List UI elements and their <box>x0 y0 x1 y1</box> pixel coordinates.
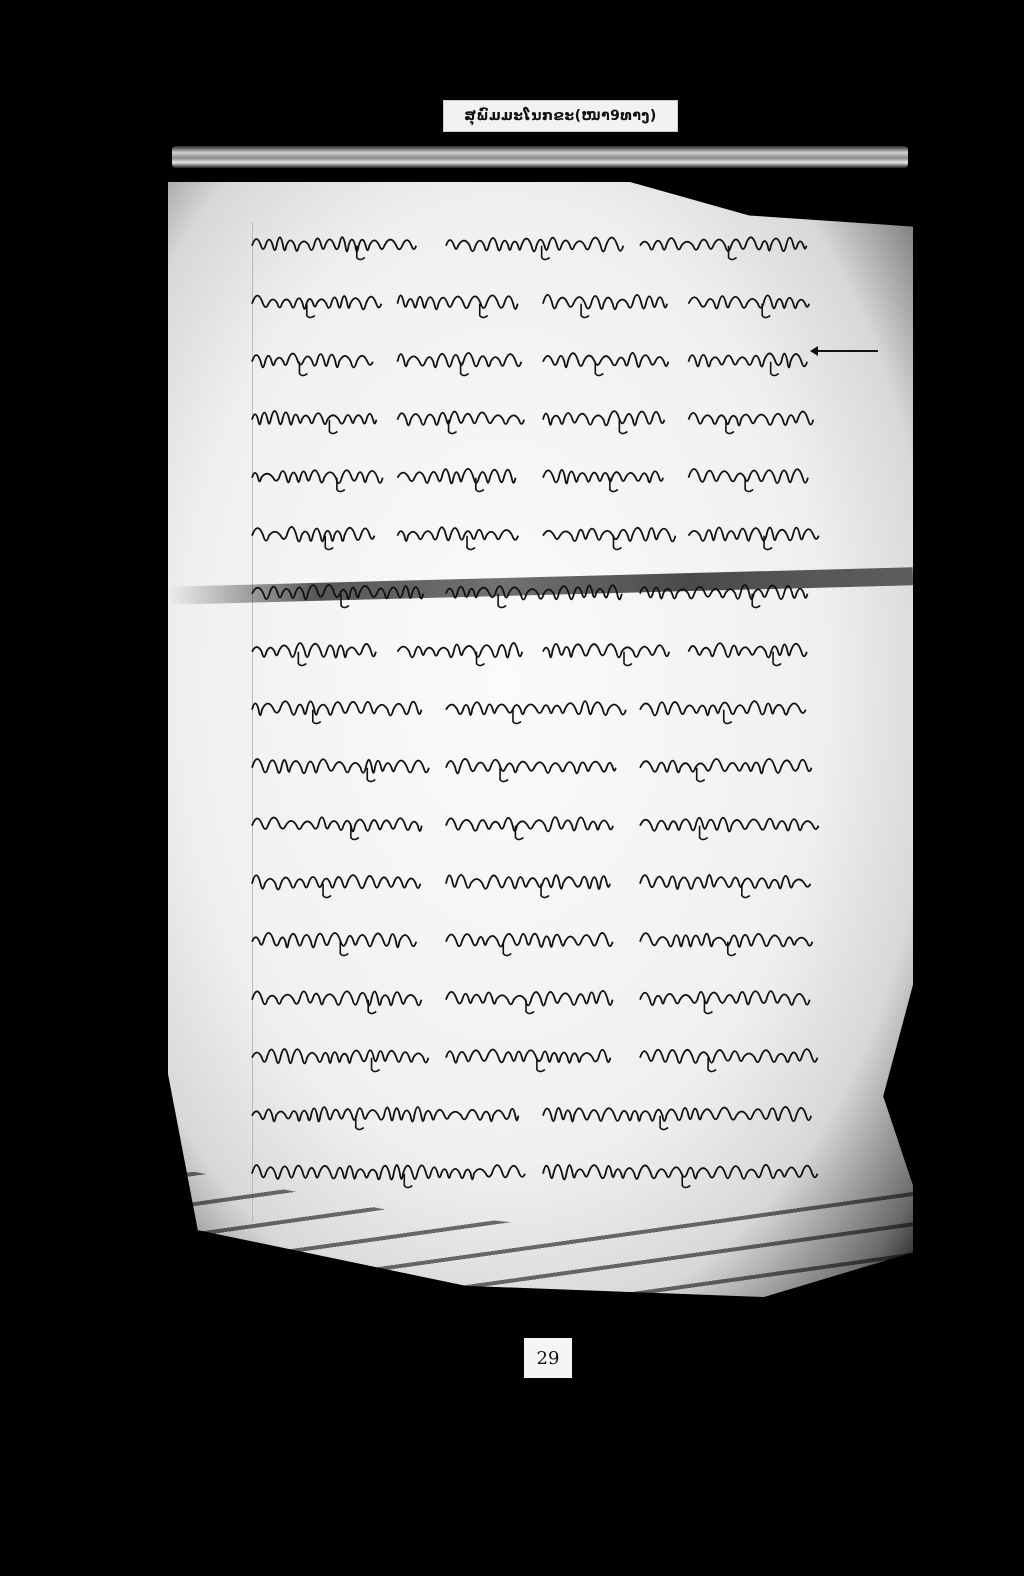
handwritten-line <box>252 628 812 668</box>
handwritten-line <box>252 338 812 378</box>
collection-title-text: ສຸພົມມະໂນກຂະ(ໜາ9ທາງ) <box>464 108 657 124</box>
handwritten-line <box>252 396 812 436</box>
handwritten-line <box>252 1034 812 1074</box>
handwritten-line <box>252 222 812 262</box>
handwritten-line <box>252 686 812 726</box>
handwritten-text-block <box>252 222 812 1208</box>
handwritten-line <box>252 860 812 900</box>
handwritten-line <box>252 1092 812 1132</box>
handwritten-line <box>252 1150 812 1190</box>
handwritten-line <box>252 976 812 1016</box>
handwritten-line <box>252 454 812 494</box>
handwritten-line <box>252 744 812 784</box>
handwritten-line <box>252 918 812 958</box>
page-number: 29 <box>537 1348 560 1369</box>
handwritten-line <box>252 802 812 842</box>
collection-title-label: ສຸພົມມະໂນກຂະ(ໜາ9ທາງ) <box>443 100 678 132</box>
handwritten-line <box>252 280 812 320</box>
manuscript-top-rod <box>172 146 908 168</box>
handwritten-line <box>252 512 812 552</box>
margin-arrow-icon <box>812 350 878 352</box>
page-number-box: 29 <box>524 1338 572 1378</box>
handwritten-line <box>252 570 812 610</box>
